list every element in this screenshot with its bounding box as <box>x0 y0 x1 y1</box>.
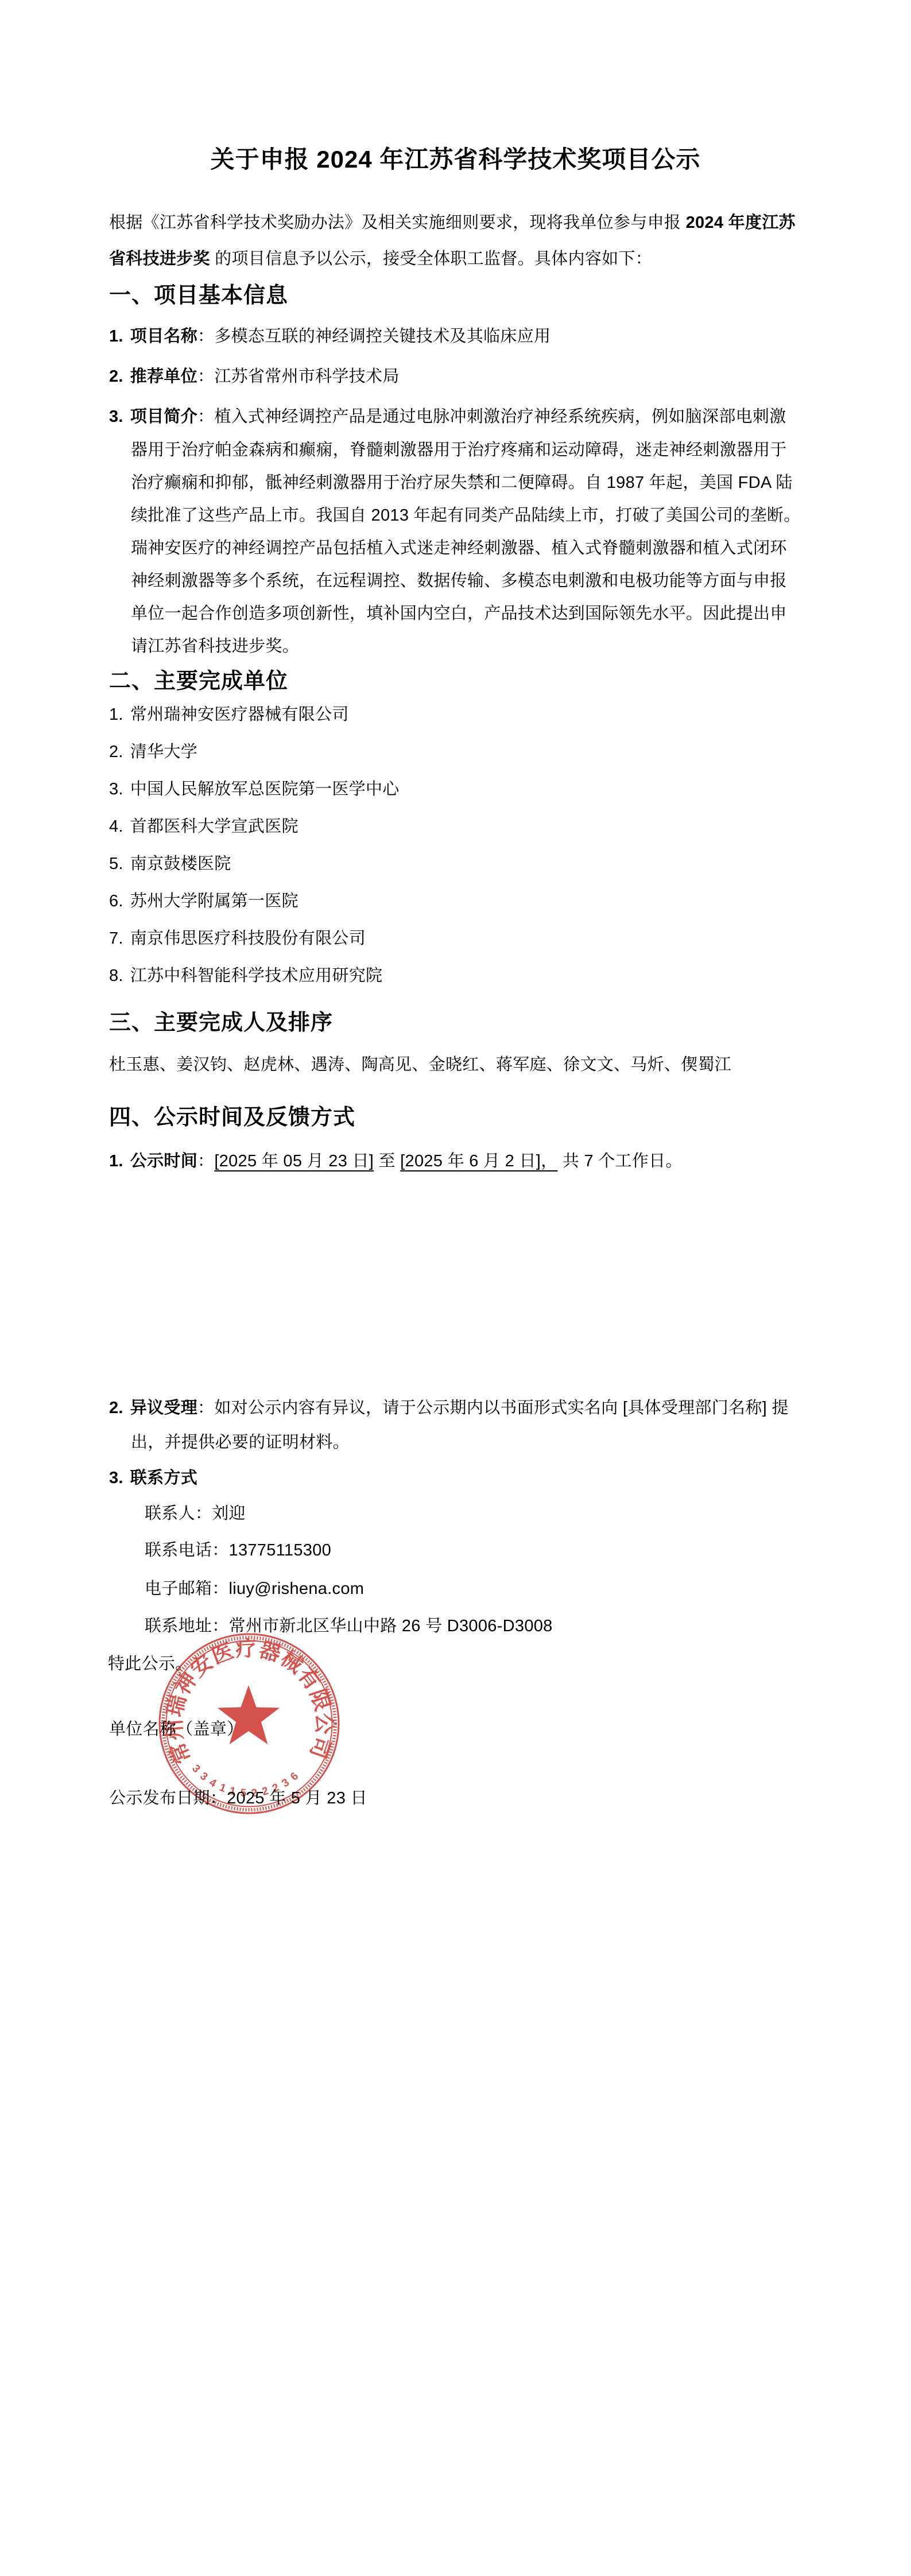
completing-unit-row: 6.苏州大学附属第一医院 <box>109 888 299 911</box>
project-summary-line-7: 单位一起合作创造多项创新性，填补国内空白，产品技术达到国际领先水平。因此提出申 <box>131 600 787 624</box>
email-separator: ： <box>212 1580 228 1598</box>
project-summary-line-4: 续批准了这些产品上市。我国自 2013 年起有同类产品陆续上市，打破了美国公司的… <box>131 502 801 526</box>
item-number: 3. <box>109 780 123 798</box>
unit-name: 南京鼓楼医院 <box>130 855 231 873</box>
phone-label: 联系电话 <box>145 1541 212 1559</box>
objection-item-line-1: 2.异议受理：如对公示内容有异议，请于公示期内以书面形式实名向 [具体受理部门名… <box>109 1395 789 1418</box>
intro-line-2: 省科技进步奖 的项目信息予以公示，接受全体职工监督。具体内容如下： <box>109 246 652 269</box>
project-summary-line-5: 瑞神安医疗的神经调控产品包括植入式迷走神经刺激器、植入式脊髓刺激器和植入式闭环 <box>131 535 787 558</box>
unit-name: 苏州大学附属第一医院 <box>130 892 299 910</box>
company-seal: 常州瑞神安医疗器械有限公司 33411522236 <box>157 1632 341 1815</box>
objection-item-line-2: 出，并提供必要的证明材料。 <box>131 1429 350 1453</box>
item-value: 如对公示内容有异议，请于公示期内以书面形式实名向 [具体受理部门名称] 提 <box>214 1399 788 1417</box>
item-value: 植入式神经调控产品是通过电脉冲刺激治疗神经系统疾病，例如脑深部电刺激 <box>214 408 786 426</box>
item-number: 7. <box>109 929 123 948</box>
item-number: 1. <box>109 705 123 724</box>
item-separator: ： <box>197 367 214 386</box>
item-number: 2. <box>109 1399 123 1417</box>
unit-name: 常州瑞神安医疗器械有限公司 <box>130 705 349 724</box>
completing-unit-row: 5.南京鼓楼医院 <box>109 851 231 874</box>
end-date: [2025 年 6 月 2 日]， <box>400 1152 557 1170</box>
project-summary-line-6: 神经刺激器等多个系统，在远程调控、数据传输、多模态电刺激和电极功能等方面与申报 <box>131 568 787 591</box>
completing-unit-row: 1.常州瑞神安医疗器械有限公司 <box>109 701 349 725</box>
page-title: 关于申报 2024 年江苏省科学技术奖项目公示 <box>0 141 911 175</box>
contributor-names: 杜玉惠、姜汉钧、赵虎林、遇涛、陶高见、金晓红、蒋军庭、徐文文、马炘、偰蜀江 <box>109 1052 731 1075</box>
item-separator: ： <box>197 408 214 426</box>
contact-label: 联系人 <box>145 1504 195 1523</box>
project-summary-line-8: 请江苏省科技进步奖。 <box>131 633 299 657</box>
date-conjunction: 至 <box>374 1152 400 1170</box>
item-separator: ： <box>197 327 214 346</box>
intro-line-1: 根据《江苏省科学技术奖励办法》及相关实施细则要求，现将我单位参与申报 2024 … <box>109 210 796 233</box>
completing-unit-row: 8.江苏中科智能科学技术应用研究院 <box>109 963 382 986</box>
item-label: 联系方式 <box>130 1469 197 1487</box>
item-number: 3. <box>109 408 123 426</box>
intro-text-normal: 的项目信息予以公示，接受全体职工监督。具体内容如下： <box>210 250 652 268</box>
section4-heading: 四、公示时间及反馈方式 <box>109 1099 355 1131</box>
item-separator: ： <box>197 1399 214 1417</box>
phone-value: 13775115300 <box>229 1541 332 1559</box>
item-label: 异议受理 <box>130 1399 197 1417</box>
phone-separator: ： <box>212 1541 228 1559</box>
intro-text-bold: 2024 年度江苏 <box>686 214 796 232</box>
project-name-item: 1.项目名称：多模态互联的神经调控关键技术及其临床应用 <box>109 323 551 347</box>
completing-unit-row: 4.首都医科大学宣武医院 <box>109 813 299 837</box>
item-label: 项目名称 <box>130 327 197 346</box>
item-number: 8. <box>109 967 123 985</box>
completing-unit-row: 3.中国人民解放军总医院第一医学中心 <box>109 776 400 800</box>
item-separator: ： <box>197 1152 214 1170</box>
project-summary-line-1: 3.项目简介：植入式神经调控产品是通过电脉冲刺激治疗神经系统疾病，例如脑深部电刺… <box>109 404 786 427</box>
item-number: 1. <box>109 1152 123 1170</box>
item-value: 多模态互联的神经调控关键技术及其临床应用 <box>214 327 551 346</box>
project-summary-line-3: 治疗癫痫和抑郁，骶神经刺激器用于治疗尿失禁和二便障碍。自 1987 年起，美国 … <box>131 470 793 493</box>
publicity-period-item: 1.公示时间：[2025 年 05 月 23 日] 至 [2025 年 6 月 … <box>109 1148 683 1171</box>
svg-text:33411522236: 33411522236 <box>189 1763 305 1800</box>
section1-heading: 一、项目基本信息 <box>109 277 288 309</box>
item-value: 江苏省常州市科学技术局 <box>214 367 399 386</box>
document-page: 关于申报 2024 年江苏省科学技术奖项目公示 根据《江苏省科学技术奖励办法》及… <box>0 0 911 2576</box>
project-summary-line-2: 器用于治疗帕金森病和癫痫，脊髓刺激器用于治疗疼痛和运动障碍，迷走神经刺激器用于 <box>131 437 787 460</box>
item-number: 1. <box>109 327 123 346</box>
unit-name: 南京伟思医疗科技股份有限公司 <box>130 929 366 948</box>
unit-name: 江苏中科智能科学技术应用研究院 <box>130 967 383 985</box>
contact-separator: ： <box>195 1504 212 1523</box>
item-label: 公示时间 <box>130 1152 197 1170</box>
item-number: 5. <box>109 855 123 873</box>
duration-text: 共 7 个工作日。 <box>557 1152 682 1170</box>
recommending-unit-item: 2.推荐单位：江苏省常州市科学技术局 <box>109 363 400 387</box>
seal-registration-code: 33411522236 <box>189 1763 305 1800</box>
item-number: 2. <box>109 743 123 761</box>
item-number: 2. <box>109 367 123 386</box>
item-number: 4. <box>109 817 123 836</box>
email-value: liuy@rishena.com <box>229 1580 365 1598</box>
start-date: [2025 年 05 月 23 日] <box>214 1152 374 1170</box>
item-number: 6. <box>109 892 123 910</box>
contact-person-line: 联系人：刘迎 <box>145 1500 246 1524</box>
contact-email-line: 电子邮箱：liuy@rishena.com <box>145 1576 364 1599</box>
contact-phone-line: 联系电话：13775115300 <box>145 1537 331 1561</box>
unit-name: 清华大学 <box>130 743 197 761</box>
intro-text-normal: 根据《江苏省科学技术奖励办法》及相关实施细则要求，现将我单位参与申报 <box>109 214 686 232</box>
section2-heading: 二、主要完成单位 <box>109 663 288 695</box>
item-label: 项目简介 <box>130 408 197 426</box>
item-label: 推荐单位 <box>130 367 197 386</box>
unit-name: 中国人民解放军总医院第一医学中心 <box>130 780 400 798</box>
contact-value: 刘迎 <box>212 1504 246 1523</box>
unit-name: 首都医科大学宣武医院 <box>130 817 299 836</box>
section3-heading: 三、主要完成人及排序 <box>109 1004 333 1036</box>
intro-text-bold: 省科技进步奖 <box>109 250 210 268</box>
completing-unit-row: 7.南京伟思医疗科技股份有限公司 <box>109 925 366 949</box>
contact-info-item: 3.联系方式 <box>109 1465 197 1488</box>
email-label: 电子邮箱 <box>145 1580 212 1598</box>
completing-unit-row: 2.清华大学 <box>109 739 197 762</box>
seal-star-icon <box>218 1685 280 1744</box>
item-number: 3. <box>109 1469 123 1487</box>
